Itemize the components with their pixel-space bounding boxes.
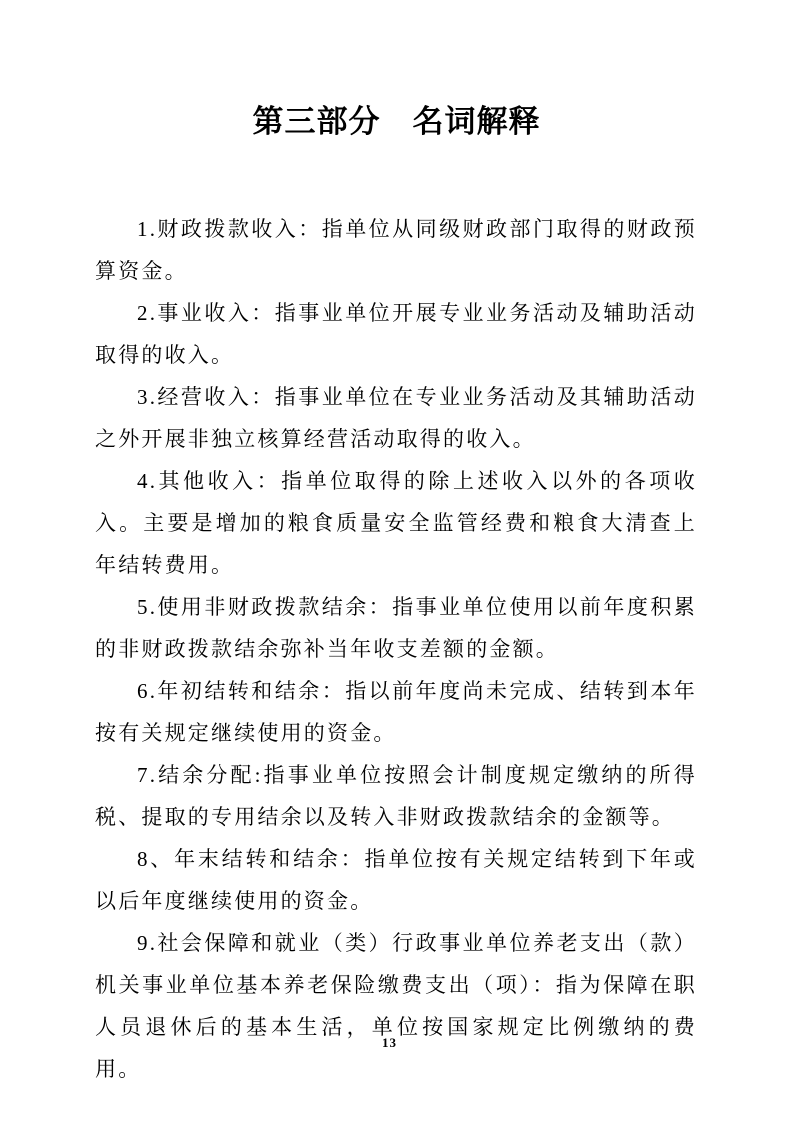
paragraph-1: 1.财政拨款收入：指单位从同级财政部门取得的财政预算资金。 [95, 208, 697, 292]
paragraph-4: 4.其他收入：指单位取得的除上述收入以外的各项收入。主要是增加的粮食质量安全监管… [95, 460, 697, 586]
document-page: 第三部分 名词解释 1.财政拨款收入：指单位从同级财政部门取得的财政预算资金。 … [0, 0, 793, 1122]
page-title: 第三部分 名词解释 [0, 103, 793, 141]
paragraph-7: 7.结余分配:指事业单位按照会计制度规定缴纳的所得税、提取的专用结余以及转入非财… [95, 754, 697, 838]
paragraph-8: 8、年末结转和结余：指单位按有关规定结转到下年或以后年度继续使用的资金。 [95, 838, 697, 922]
paragraph-2: 2.事业收入：指事业单位开展专业业务活动及辅助活动取得的收入。 [95, 292, 697, 376]
paragraph-9: 9.社会保障和就业（类）行政事业单位养老支出（款）机关事业单位基本养老保险缴费支… [95, 922, 697, 1090]
paragraph-6: 6.年初结转和结余：指以前年度尚未完成、结转到本年按有关规定继续使用的资金。 [95, 670, 697, 754]
page-number: 13 [0, 1035, 779, 1051]
paragraph-3: 3.经营收入：指事业单位在专业业务活动及其辅助活动之外开展非独立核算经营活动取得… [95, 376, 697, 460]
paragraph-5: 5.使用非财政拨款结余：指事业单位使用以前年度积累的非财政拨款结余弥补当年收支差… [95, 586, 697, 670]
document-body: 1.财政拨款收入：指单位从同级财政部门取得的财政预算资金。 2.事业收入：指事业… [0, 208, 793, 1090]
